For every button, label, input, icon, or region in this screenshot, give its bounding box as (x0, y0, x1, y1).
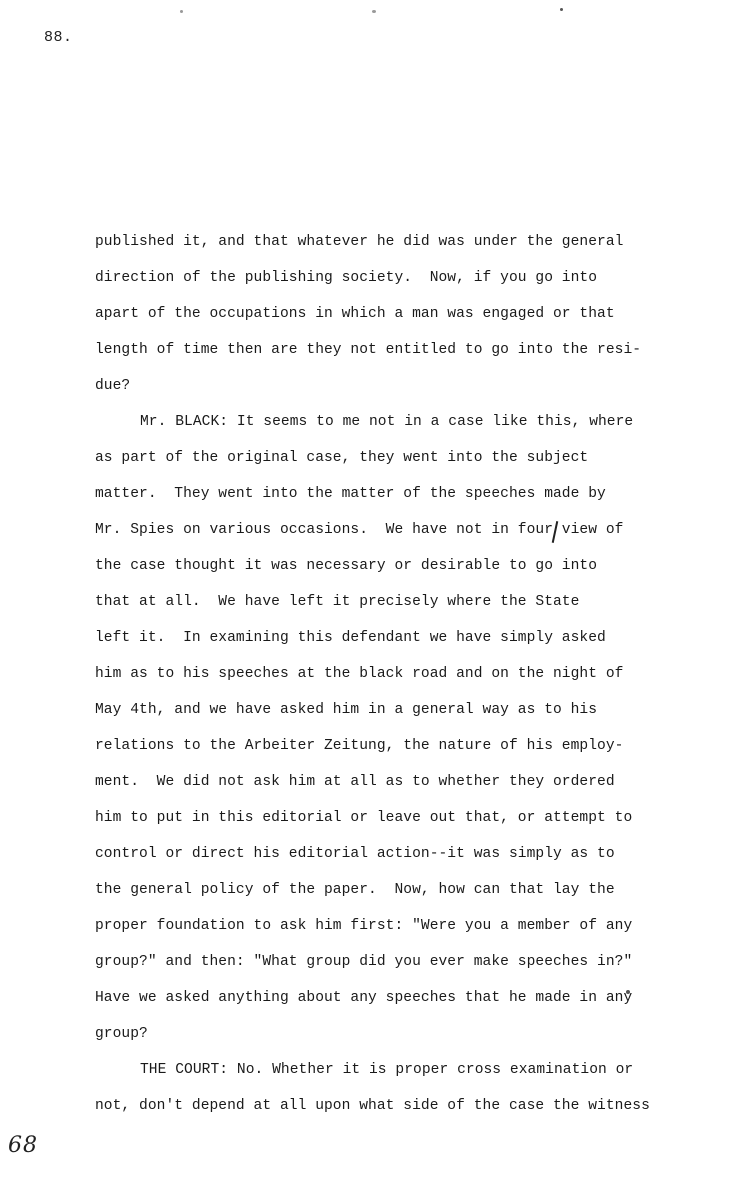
text-line: not, don't depend at all upon what side … (95, 1093, 695, 1129)
text-line: that at all. We have left it precisely w… (95, 589, 695, 625)
text-line: matter. They went into the matter of the… (95, 481, 695, 517)
speaker-line-the-court: THE COURT: No. Whether it is proper cros… (95, 1057, 695, 1093)
scan-speck (560, 8, 563, 11)
text-line: group? (95, 1021, 695, 1057)
scan-speck (626, 990, 630, 994)
text-line: group?" and then: "What group did you ev… (95, 949, 695, 985)
text-line: control or direct his editorial action--… (95, 841, 695, 877)
scan-speck (372, 10, 376, 13)
text-line: the case thought it was necessary or des… (95, 553, 695, 589)
text-line: him to put in this editorial or leave ou… (95, 805, 695, 841)
text-line: as part of the original case, they went … (95, 445, 695, 481)
text-line: Have we asked anything about any speeche… (95, 985, 695, 1021)
page-number: 88. (44, 29, 73, 46)
text-line: Mr. Spies on various occasions. We have … (95, 517, 695, 553)
transcript-body: published it, and that whatever he did w… (95, 229, 695, 1129)
speaker-line-mr-black: Mr. BLACK: It seems to me not in a case … (95, 409, 695, 445)
text-line: apart of the occupations in which a man … (95, 301, 695, 337)
text-line: published it, and that whatever he did w… (95, 229, 695, 265)
text-line: him as to his speeches at the black road… (95, 661, 695, 697)
text-line: direction of the publishing society. Now… (95, 265, 695, 301)
text-line: due? (95, 373, 695, 409)
scan-speck (180, 10, 183, 13)
handwritten-page-number: 68 (8, 1133, 38, 1158)
text-line: relations to the Arbeiter Zeitung, the n… (95, 733, 695, 769)
text-line: May 4th, and we have asked him in a gene… (95, 697, 695, 733)
text-line: proper foundation to ask him first: "Wer… (95, 913, 695, 949)
text-line: the general policy of the paper. Now, ho… (95, 877, 695, 913)
text-line: ment. We did not ask him at all as to wh… (95, 769, 695, 805)
text-line: length of time then are they not entitle… (95, 337, 695, 373)
text-line: left it. In examining this defendant we … (95, 625, 695, 661)
